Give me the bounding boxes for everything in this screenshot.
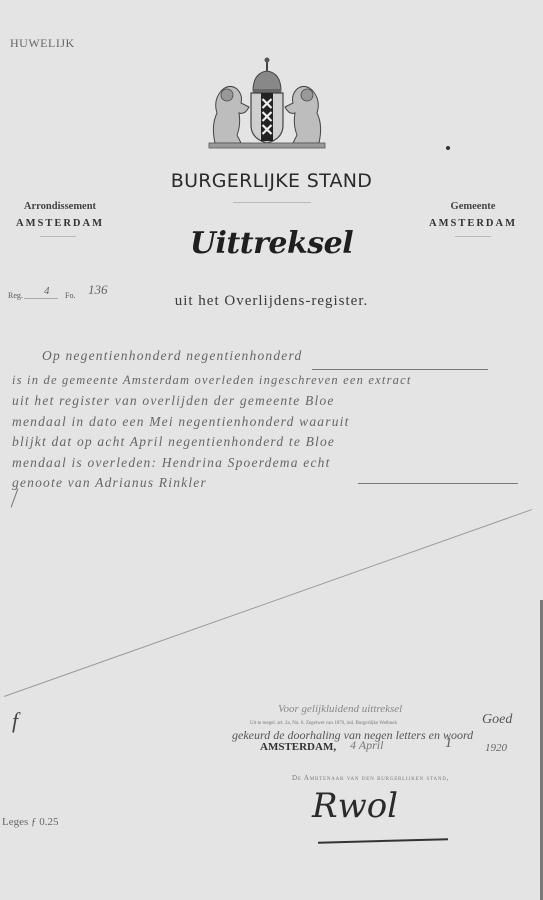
body-line-4: mendaal in dato een Mei negentienhonderd… xyxy=(12,414,350,430)
document-heading: Uittreksel xyxy=(0,226,543,261)
body-line-2: is in de gemeente Amsterdam overleden in… xyxy=(12,373,412,388)
official-signature: Rwol xyxy=(312,786,398,826)
fee-label: Leges ƒ 0.25 xyxy=(2,816,59,828)
gemeente-label: Gemeente xyxy=(413,201,533,212)
document-page: HUWELIJK BURGERLIJKE STAND Arrondissemen… xyxy=(0,0,543,900)
amsterdam-coat-of-arms-icon xyxy=(207,55,327,153)
certification-fine-print: Uit te reegel. art. 2a, No. 6. Zegelwet … xyxy=(250,721,397,726)
certification-heading: Voor gelijkluidend uittreksel xyxy=(278,703,402,715)
certification-date-month: 4 April xyxy=(350,738,383,753)
void-strike-line xyxy=(4,509,532,697)
certification-place: AMSTERDAM, xyxy=(260,741,336,753)
document-type-label: HUWELIJK xyxy=(10,36,75,51)
title-divider xyxy=(233,202,311,203)
approval-note-goed: Goed xyxy=(482,712,512,728)
official-title: De Ambtenaar van den burgerlijken stand, xyxy=(292,774,449,782)
document-subtitle: uit het Overlijdens-register. xyxy=(0,293,543,310)
certification-date-year: 1920 xyxy=(485,742,507,754)
margin-mark: f xyxy=(12,708,18,734)
body-line-7: genoote van Adrianus Rinkler xyxy=(12,475,207,491)
body-line-3: uit het register van overlijden der geme… xyxy=(12,393,335,409)
margin-stroke xyxy=(11,488,19,507)
certification-date-day: 1 xyxy=(445,736,452,752)
body-line-6: mendaal is overleden: Hendrina Spoerdema… xyxy=(12,455,331,471)
body-fill-line-7 xyxy=(358,483,518,484)
body-fill-line-1 xyxy=(312,369,488,370)
document-title: BURGERLIJKE STAND xyxy=(0,170,543,192)
body-line-1: Op negentienhonderd negentienhonderd xyxy=(42,348,302,364)
arrondissement-label: Arrondissement xyxy=(0,201,120,212)
body-line-5: blijkt dat op acht April negentienhonder… xyxy=(12,434,335,450)
signature-underline xyxy=(318,838,448,843)
ink-speck xyxy=(446,146,450,150)
